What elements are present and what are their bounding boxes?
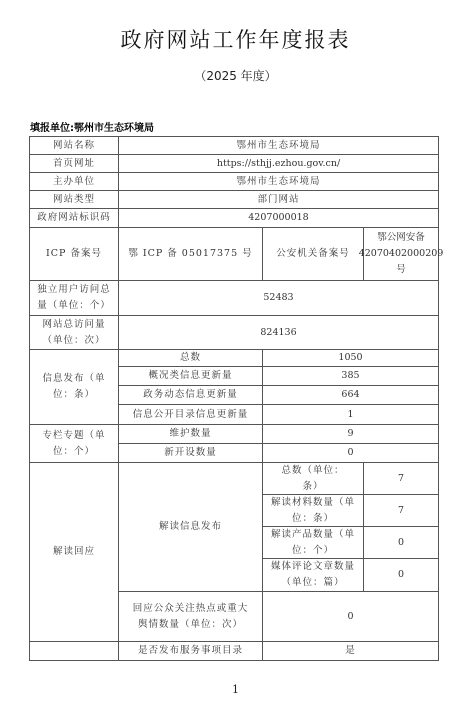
response-label: 回应公众关注热点或重大舆情数量（单位：次） xyxy=(118,591,263,642)
interp-product-value: 0 xyxy=(363,526,439,559)
icp-value: 鄂 ICP 备 05017375 号 xyxy=(118,227,263,281)
interpretation-publish-label: 解读信息发布 xyxy=(118,462,263,592)
columns-new-label: 新开设数量 xyxy=(118,443,263,463)
filler-unit: 填报单位:鄂州市生态环境局 xyxy=(30,119,154,134)
sponsor-value: 鄂州市生态环境局 xyxy=(118,172,439,191)
info-overview-value: 385 xyxy=(262,366,439,386)
info-overview-label: 概况类信息更新量 xyxy=(118,366,263,386)
page-title: 政府网站工作年度报表 xyxy=(0,24,471,54)
report-year: （2025 年度） xyxy=(0,67,471,84)
interp-material-label: 解读材料数量（单位：条） xyxy=(262,494,364,527)
police-record-label: 公安机关备案号 xyxy=(262,227,364,281)
columns-maintained-label: 维护数量 xyxy=(118,424,263,444)
police-record-value: 鄂公网安备 42070402000209 号 xyxy=(363,227,439,281)
site-type-label: 网站类型 xyxy=(29,190,119,209)
icp-label: ICP 备案号 xyxy=(29,227,119,281)
site-name-label: 网站名称 xyxy=(29,136,119,155)
unique-visitors-label: 独立用户访问总量（单位：个） xyxy=(29,280,119,316)
service-catalog-value: 是 xyxy=(262,641,439,661)
homepage-url-value: https://sthjj.ezhou.gov.cn/ xyxy=(118,154,439,173)
info-total-value: 1050 xyxy=(262,349,439,367)
columns-new-value: 0 xyxy=(262,443,439,463)
interp-media-label: 媒体评论文章数量（单位：篇） xyxy=(262,558,364,592)
interpretation-label: 解读回应 xyxy=(29,462,119,642)
interp-media-value: 0 xyxy=(363,558,439,592)
homepage-label: 首页网址 xyxy=(29,154,119,173)
interp-total-value: 7 xyxy=(363,462,439,495)
info-publish-label: 信息发布（单位：条） xyxy=(29,349,119,425)
service-catalog-label: 是否发布服务事项目录 xyxy=(118,641,263,661)
site-id-label: 政府网站标识码 xyxy=(29,208,119,228)
info-affairs-value: 664 xyxy=(262,385,439,405)
interp-material-value: 7 xyxy=(363,494,439,527)
columns-label: 专栏专题（单位：个） xyxy=(29,424,119,463)
site-name-value: 鄂州市生态环境局 xyxy=(118,136,439,155)
total-visits-label: 网站总访问量（单位：次） xyxy=(29,315,119,350)
service-catalog-blank xyxy=(29,641,119,661)
total-visits-value: 824136 xyxy=(118,315,439,350)
interp-total-label: 总数（单位：条） xyxy=(262,462,364,495)
info-disclosure-label: 信息公开目录信息更新量 xyxy=(118,404,263,425)
page-number: 1 xyxy=(0,683,471,696)
site-type-value: 部门网站 xyxy=(118,190,439,209)
info-total-label: 总数 xyxy=(118,349,263,367)
info-affairs-label: 政务动态信息更新量 xyxy=(118,385,263,405)
columns-maintained-value: 9 xyxy=(262,424,439,444)
site-id-value: 4207000018 xyxy=(118,208,439,228)
interp-product-label: 解读产品数量（单位：个） xyxy=(262,526,364,559)
sponsor-label: 主办单位 xyxy=(29,172,119,191)
response-value: 0 xyxy=(262,591,439,642)
unique-visitors-value: 52483 xyxy=(118,280,439,316)
info-disclosure-value: 1 xyxy=(262,404,439,425)
